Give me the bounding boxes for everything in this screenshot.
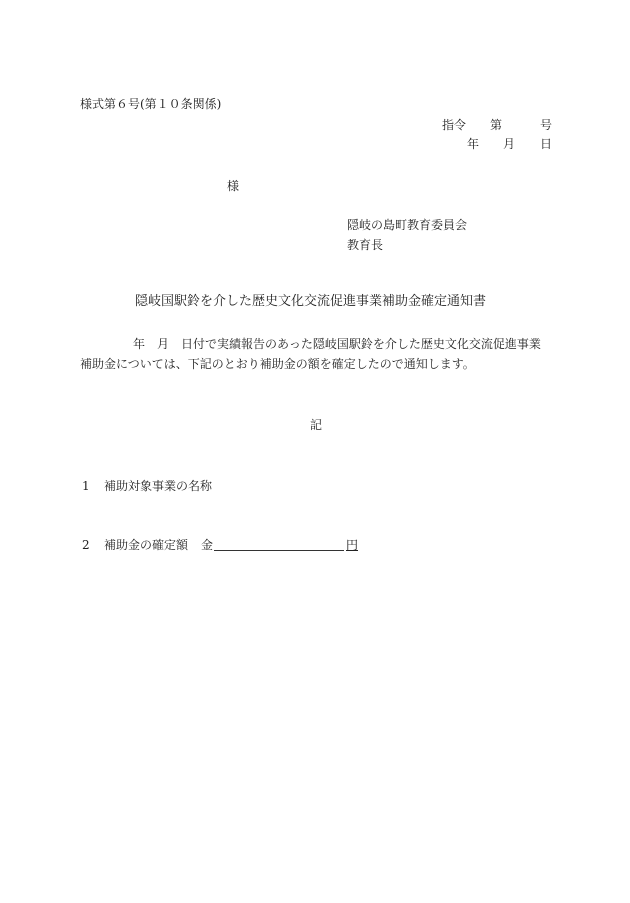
document-title: 隠岐国駅鈴を介した歴史文化交流促進事業補助金確定通知書 [135, 294, 486, 310]
item-2-label: 補助金の確定額 [104, 537, 188, 553]
body-line-1: 年 月 日付で実績報告のあった隠岐国駅鈴を介した歴史文化交流促進事業 [133, 336, 541, 352]
item-1-number: 1 [82, 478, 90, 494]
ref-shirei: 指令 [442, 117, 466, 133]
item-2-number: 2 [82, 537, 90, 553]
form-number: 様式第６号(第１０条関係) [80, 96, 221, 112]
amount-suffix: 円 [346, 537, 358, 553]
ref-dai: 第 [490, 117, 502, 133]
amount-prefix: 金 [201, 537, 213, 553]
recipient-suffix: 様 [227, 178, 239, 194]
date-year: 年 [467, 136, 479, 152]
item-1-label: 補助対象事業の名称 [104, 478, 212, 494]
date-day: 日 [540, 136, 552, 152]
sender-title: 教育長 [347, 237, 383, 253]
sender-organization: 隠岐の島町教育委員会 [347, 217, 467, 233]
ref-go: 号 [540, 117, 552, 133]
amount-field [214, 537, 344, 555]
date-month: 月 [503, 136, 515, 152]
ki-heading: 記 [310, 417, 322, 433]
body-line-2: 補助金については、下記のとおり補助金の額を確定したので通知します。 [80, 356, 475, 372]
